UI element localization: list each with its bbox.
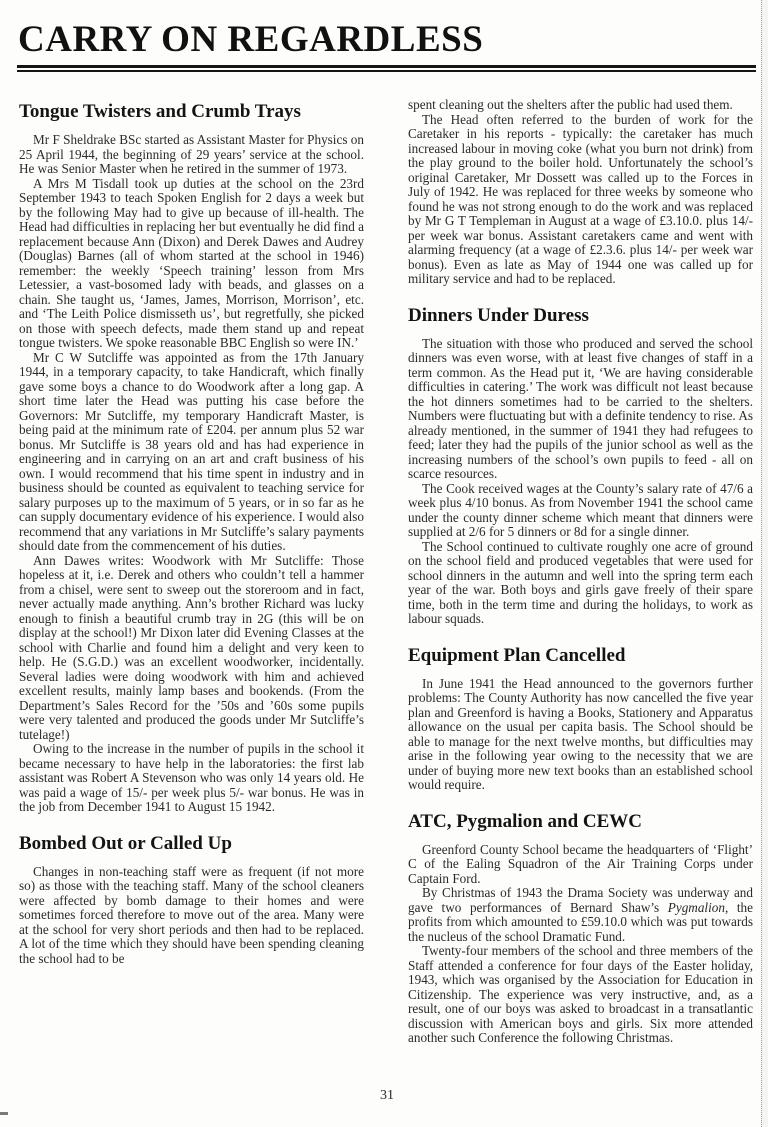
paragraph: Greenford County School became the headq…	[408, 843, 753, 887]
page-number: 31	[380, 1088, 394, 1104]
section-heading-dinners: Dinners Under Duress	[408, 304, 753, 328]
section-heading-tongue-twisters: Tongue Twisters and Crumb Trays	[19, 100, 364, 124]
paragraph: A Mrs M Tisdall took up duties at the sc…	[19, 177, 364, 351]
binding-mark	[0, 1112, 8, 1115]
paragraph: Twenty-four members of the school and th…	[408, 944, 753, 1046]
section-heading-equipment: Equipment Plan Cancelled	[408, 644, 753, 668]
paragraph-continuation: spent cleaning out the shelters after th…	[408, 98, 753, 113]
paragraph: The Head often referred to the burden of…	[408, 113, 753, 287]
paragraph: Ann Dawes writes: Woodwork with Mr Sutcl…	[19, 554, 364, 743]
paragraph: The Cook received wages at the County’s …	[408, 482, 753, 540]
section-heading-atc: ATC, Pygmalion and CEWC	[408, 810, 753, 834]
section-heading-bombed-out: Bombed Out or Called Up	[19, 832, 364, 856]
paragraph: Mr F Sheldrake BSc started as Assistant …	[19, 133, 364, 177]
paragraph: The situation with those who produced an…	[408, 337, 753, 482]
page-title: CARRY ON REGARDLESS	[18, 18, 483, 62]
italic-title: Pygmalion	[668, 900, 725, 915]
paragraph: Changes in non-teaching staff were as fr…	[19, 865, 364, 967]
page-edge	[761, 0, 768, 1127]
left-column: Tongue Twisters and Crumb Trays Mr F She…	[19, 100, 364, 966]
paragraph: In June 1941 the Head announced to the g…	[408, 677, 753, 793]
paragraph: Owing to the increase in the number of p…	[19, 742, 364, 815]
paragraph: The School continued to cultivate roughl…	[408, 540, 753, 627]
right-column: spent cleaning out the shelters after th…	[408, 98, 753, 1046]
paragraph: Mr C W Sutcliffe was appointed as from t…	[19, 351, 364, 554]
title-double-rule	[17, 65, 756, 72]
paragraph-pygmalion: By Christmas of 1943 the Drama Society w…	[408, 886, 753, 944]
